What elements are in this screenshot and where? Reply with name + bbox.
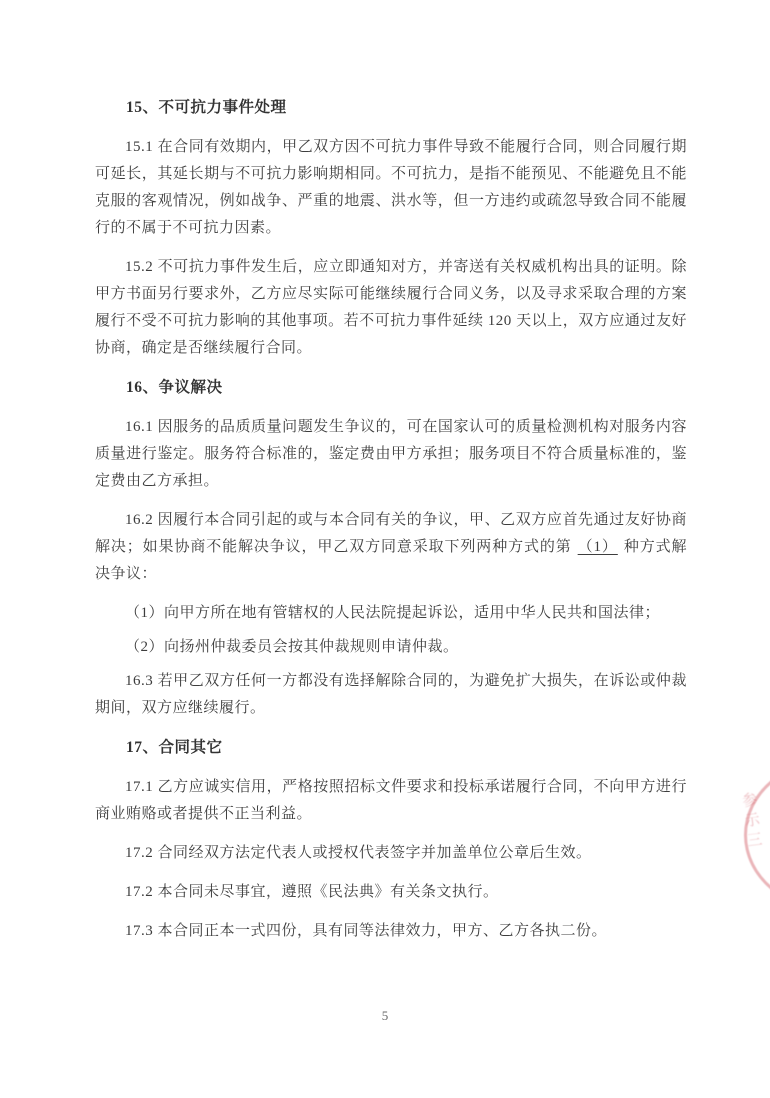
clause-16-2: 16.2 因履行本合同引起的或与本合同有关的争议，甲、乙双方应首先通过友好协商解… — [95, 507, 687, 588]
seal-glyphs: 参示三 — [739, 791, 762, 853]
clause-16-3: 16.3 若甲乙双方任何一方都没有选择解除合同的，为避免扩大损失，在诉讼或仲裁期… — [95, 668, 687, 722]
section-heading-17-miscellaneous: 17、合同其它 — [95, 734, 687, 761]
clause-17-3: 17.3 本合同正本一式四份，具有同等法律效力，甲方、乙方各执二份。 — [95, 918, 687, 945]
clause-15-2: 15.2 不可抗力事件发生后，应立即通知对方，并寄送有关权威机构出具的证明。除甲… — [95, 254, 687, 362]
section-heading-16-dispute-resolution: 16、争议解决 — [95, 374, 687, 401]
seal-circle-arc — [744, 758, 770, 912]
clause-16-2-selected-option-underline: （1） — [572, 539, 624, 555]
clause-17-1: 17.1 乙方应诚实信用，严格按照招标文件要求和投标承诺履行合同，不向甲方进行商… — [95, 774, 687, 828]
clause-17-2: 17.2 合同经双方法定代表人或授权代表签字并加盖单位公章后生效。 — [95, 840, 687, 867]
page-number: 5 — [0, 1008, 770, 1024]
clause-16-2-option-2-arbitration: （2）向扬州仲裁委员会按其仲裁规则申请仲裁。 — [95, 634, 687, 661]
clause-17-2-duplicate: 17.2 本合同未尽事宜，遵照《民法典》有关条文执行。 — [95, 879, 687, 906]
section-heading-15-force-majeure: 15、不可抗力事件处理 — [95, 94, 687, 121]
contract-page: 15、不可抗力事件处理 15.1 在合同有效期内，甲乙双方因不可抗力事件导致不能… — [0, 0, 770, 1098]
clause-16-1: 16.1 因服务的品质质量问题发生争议的，可在国家认可的质量检测机构对服务内容质… — [95, 414, 687, 495]
clause-15-1: 15.1 在合同有效期内，甲乙双方因不可抗力事件导致不能履行合同，则合同履行期可… — [95, 134, 687, 242]
official-seal-stamp-partial: 参示三 — [737, 748, 770, 916]
contract-body: 15、不可抗力事件处理 15.1 在合同有效期内，甲乙双方因不可抗力事件导致不能… — [95, 86, 687, 957]
clause-16-2-option-1-litigation: （1）向甲方所在地有管辖权的人民法院提起诉讼，适用中华人民共和国法律； — [95, 600, 687, 627]
